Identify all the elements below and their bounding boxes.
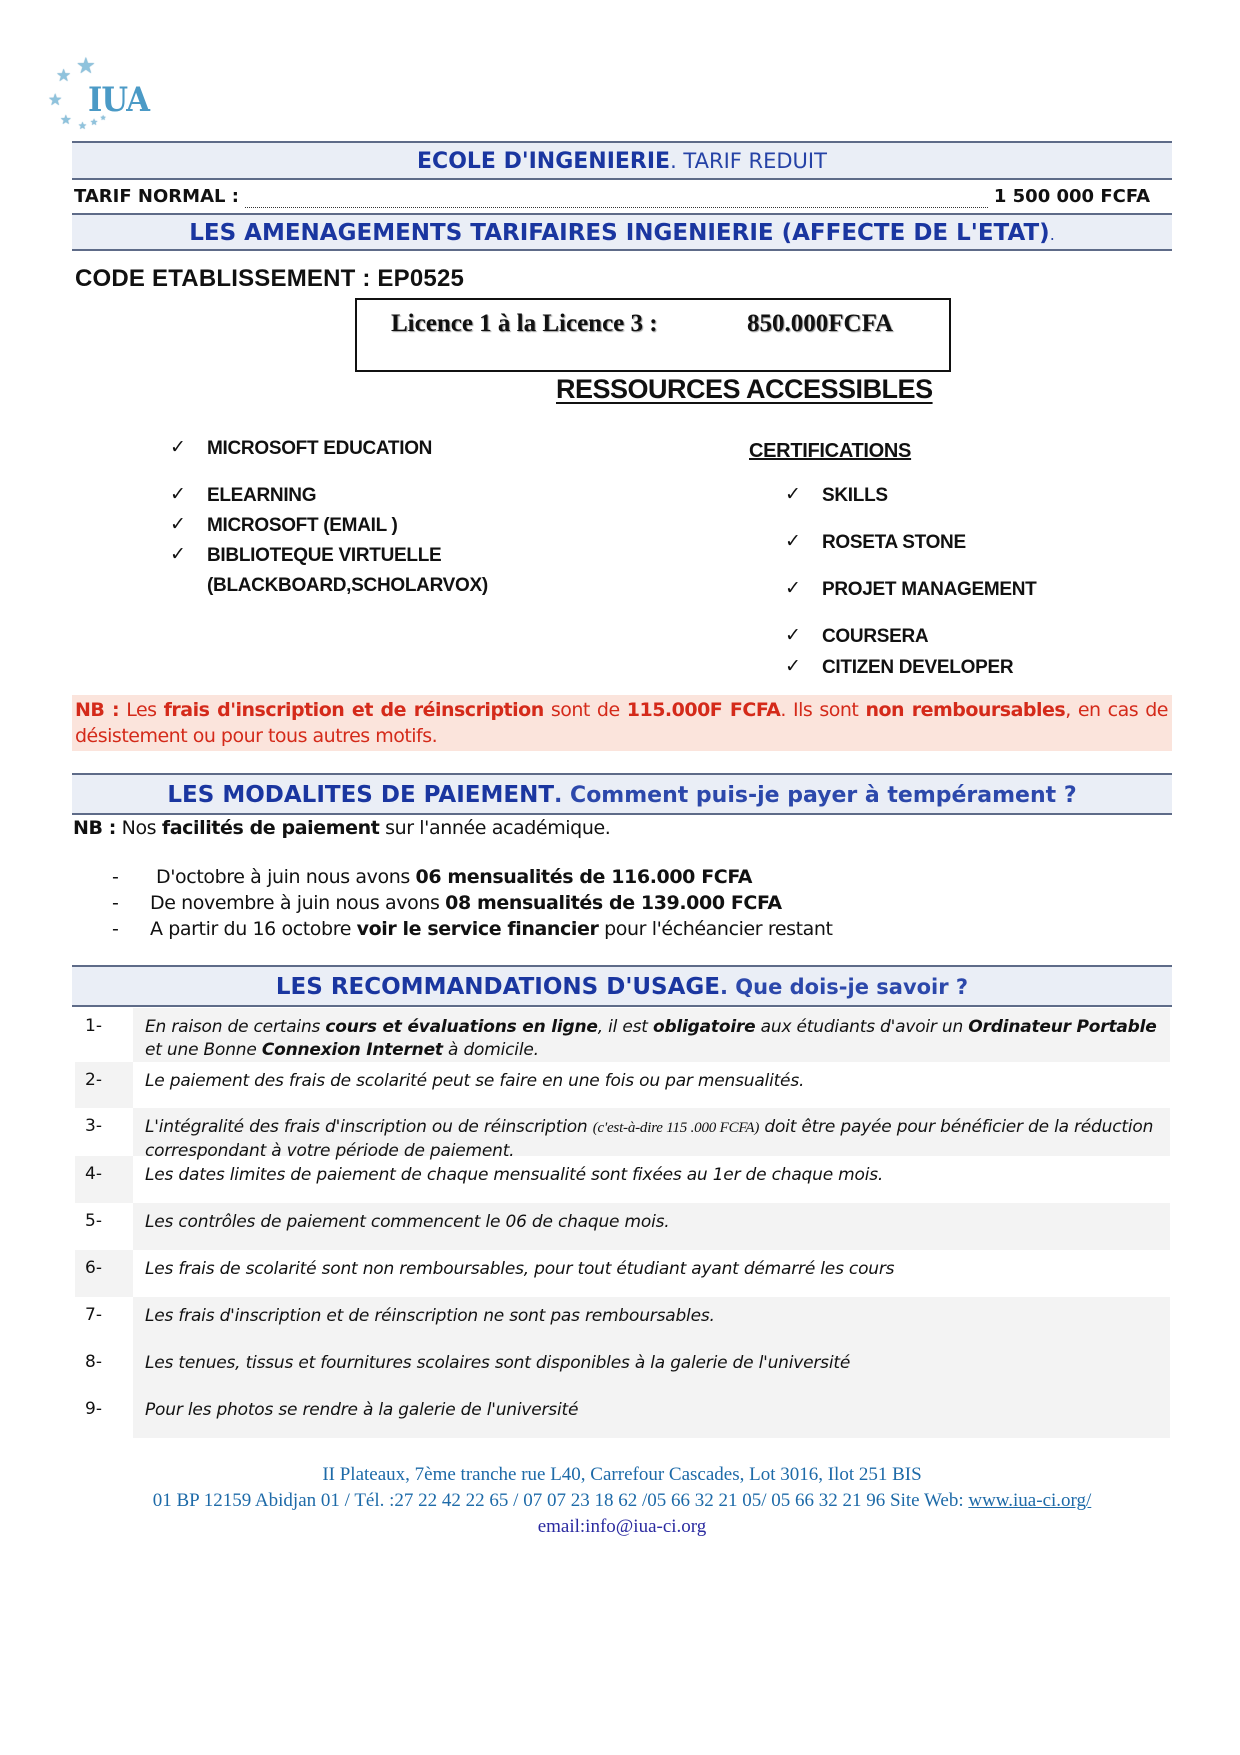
nb-frais-inscription-notice: NB : Les frais d'inscription et de réins… [72,695,1172,751]
check-icon: ✓ [785,530,801,553]
recommendation-row: 6- Les frais de scolarité sont non rembo… [75,1250,1170,1297]
star-icon: ★ [60,114,72,127]
footer-address: II Plateaux, 7ème tranche rue L40, Carre… [72,1462,1172,1488]
ecole-title: ECOLE D'INGENIERIE [417,149,670,174]
amenagements-suffix: . [1050,225,1055,244]
certifications-title: CERTIFICATIONS [749,440,911,463]
recommendation-row: 9- Pour les photos se rendre à la galeri… [75,1391,1170,1438]
code-etablissement: CODE ETABLISSEMENT : EP0525 [75,265,464,293]
tarif-normal-label: TARIF NORMAL : [72,180,239,214]
check-icon: ✓ [785,577,801,600]
licence-price: 850.000FCFA [747,310,893,338]
recommandations-subtitle: . Que dois-je savoir ? [720,975,968,999]
ecole-header-bar: ECOLE D'INGENIERIE. TARIF REDUIT [72,141,1172,180]
footer: II Plateaux, 7ème tranche rue L40, Carre… [72,1462,1172,1540]
modalites-title: LES MODALITES DE PAIEMENT [167,782,554,808]
licence-label: Licence 1 à la Licence 3 : [391,310,658,338]
check-icon: ✓ [170,513,186,536]
tarif-normal-line: TARIF NORMAL : 1 500 000 FCFA [72,180,1172,214]
tarif-normal-amount: 1 500 000 FCFA [994,180,1172,214]
iua-logo: ★ ★ ★ ★ ★ ★ ★ IUA [48,56,158,136]
check-icon: ✓ [170,543,186,566]
ressources-title: RESSOURCES ACCESSIBLES [556,374,933,405]
recommandations-header-bar: LES RECOMMANDATIONS D'USAGE. Que dois-je… [72,965,1172,1007]
recommendation-row: 3- L'intégralité des frais d'inscription… [75,1108,1170,1156]
amenagements-title: LES AMENAGEMENTS TARIFAIRES INGENIERIE (… [189,220,1049,246]
ecole-subtitle: . TARIF REDUIT [670,149,827,173]
footer-email[interactable]: email:info@iua-ci.org [72,1514,1172,1540]
check-icon: ✓ [170,483,186,506]
dotted-leader [245,187,988,208]
check-icon: ✓ [785,624,801,647]
recommendation-row: 5- Les contrôles de paiement commencent … [75,1203,1170,1250]
check-icon: ✓ [785,483,801,506]
star-icon: ★ [56,68,71,85]
modalites-subtitle: . Comment puis-je payer à tempérament ? [554,783,1077,808]
nb-facilites-paiement: NB : Nos facilités de paiement sur l'ann… [73,817,610,839]
recommendation-row: 1- En raison de certains cours et évalua… [75,1008,1170,1062]
star-icon: ★ [90,119,98,128]
logo-text: IUA [88,80,149,120]
recommendation-row: 4- Les dates limites de paiement de chaq… [75,1156,1170,1203]
licence-price-box: Licence 1 à la Licence 3 : 850.000FCFA [355,298,951,372]
recommendation-row: 7- Les frais d'inscription et de réinscr… [75,1297,1170,1344]
star-icon: ★ [48,92,62,108]
star-icon: ★ [78,122,87,132]
check-icon: ✓ [170,436,186,459]
recommendation-row: 2- Le paiement des frais de scolarité pe… [75,1062,1170,1108]
check-icon: ✓ [785,655,801,678]
modalites-header-bar: LES MODALITES DE PAIEMENT. Comment puis-… [72,773,1172,815]
recommandations-title: LES RECOMMANDATIONS D'USAGE [276,974,720,1000]
footer-contact: 01 BP 12159 Abidjan 01 / Tél. :27 22 42 … [72,1488,1172,1514]
website-link[interactable]: www.iua-ci.org/ [968,1490,1091,1511]
amenagements-header-bar: LES AMENAGEMENTS TARIFAIRES INGENIERIE (… [72,213,1172,251]
recommendation-row: 8- Les tenues, tissus et fournitures sco… [75,1344,1170,1391]
star-icon: ★ [76,56,96,78]
